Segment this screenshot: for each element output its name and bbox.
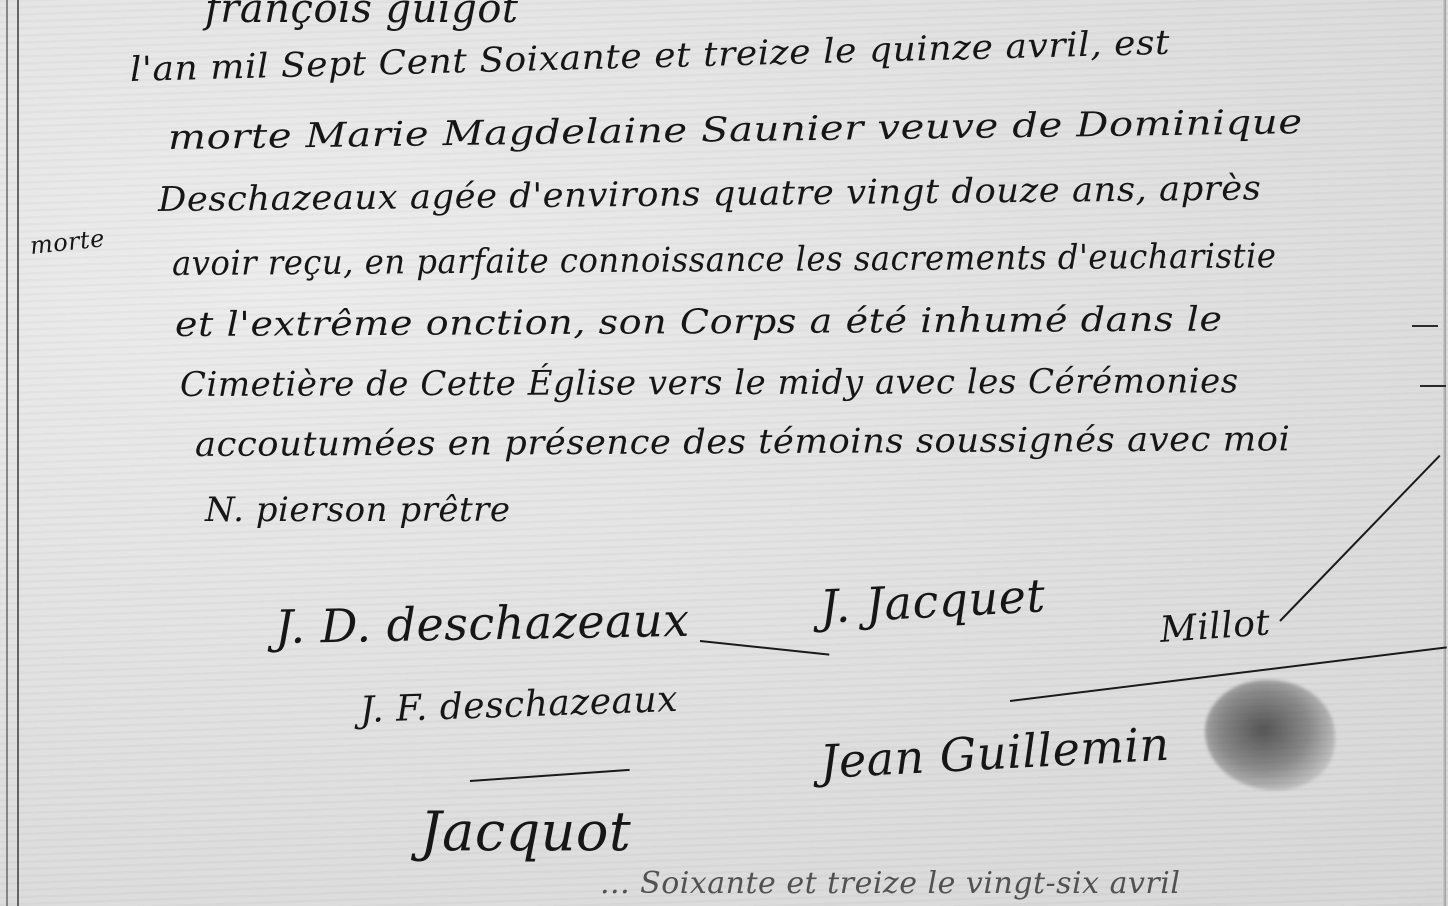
signature-millot: Millot [1159, 602, 1272, 651]
record-line-6: Cimetière de Cette Église vers le midy a… [180, 361, 1239, 405]
signature-underline [700, 640, 829, 656]
ink-stain [1205, 680, 1335, 790]
record-line-1: l'an mil Sept Cent Soixante et treize le… [129, 23, 1170, 90]
record-line-3: Deschazeaux agée d'environs quatre vingt… [158, 168, 1262, 220]
signature-underline [470, 769, 630, 782]
record-line-7: accoutumées en présence des témoins sous… [195, 419, 1291, 465]
margin-rule [17, 0, 19, 906]
record-line-4: avoir reçu, en parfaite connoissance les… [172, 236, 1277, 284]
signature-jf-deschazeaux: J. F. deschazeaux [359, 679, 678, 731]
signature-jacquot: Jacquot [420, 800, 631, 863]
signature-jean-guillemin: Jean Guillemin [819, 717, 1171, 789]
record-line-5: et l'extrême onction, son Corps a été in… [175, 300, 1223, 345]
line-end-dash [1420, 385, 1446, 387]
signature-jd-deschazeaux: J. D. deschazeaux [275, 593, 691, 654]
margin-rule [6, 0, 8, 906]
signature-jacquet: J. Jacquet [819, 568, 1047, 634]
line-end-dash [1412, 325, 1438, 327]
record-line-2: morte Marie Magdelaine Saunier veuve de … [168, 102, 1303, 158]
signature-flourish [1279, 455, 1440, 622]
footer-fragment: ... Soixante et treize le vingt-six avri… [600, 866, 1180, 901]
record-line-8-priest: N. pierson prêtre [205, 490, 511, 530]
margin-note: morte [29, 224, 107, 260]
header-fragment: françois guigot [205, 0, 518, 32]
page-edge [1443, 0, 1446, 906]
manuscript-page: françois guigot morte l'an mil Sept Cent… [0, 0, 1448, 906]
